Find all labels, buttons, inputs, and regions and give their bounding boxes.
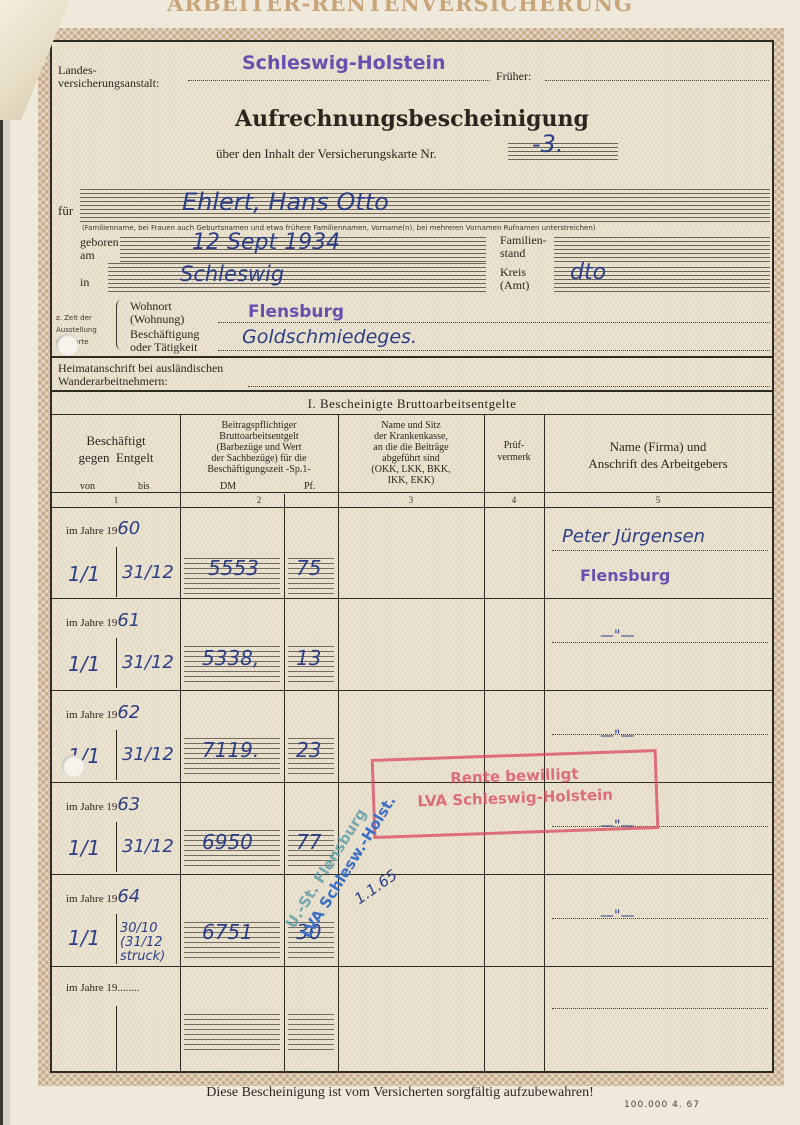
from-to-divider [116, 730, 117, 780]
pf-value[interactable]: 77 [296, 830, 321, 854]
pf-value[interactable]: 75 [296, 556, 321, 580]
approval-stamp: Rente bewilligt LVA Schleswig-Holstein [371, 749, 660, 839]
footer-note: Diese Bescheinigung ist vom Versicherten… [0, 1085, 800, 1101]
year-prefix: im Jahre 19 [66, 617, 117, 629]
col-divider [484, 414, 485, 1073]
from-to-divider [116, 1006, 117, 1072]
employer-ditto[interactable]: —"— [600, 908, 634, 924]
district-label: Kreis (Amt) [500, 266, 529, 292]
col1-header: Beschäftigt gegen Entgelt [52, 432, 180, 466]
from-to-divider [116, 822, 117, 872]
divider [52, 390, 772, 392]
card-number-value: -3. [532, 130, 564, 158]
col3-number: 3 [338, 495, 484, 505]
family-status-field[interactable] [554, 234, 770, 262]
from-to-divider [116, 914, 117, 964]
family-status-label: Familien- stand [500, 234, 547, 260]
foreign-address-field[interactable] [248, 386, 770, 387]
insurer-stamp: Schleswig-Holstein [242, 52, 446, 74]
year-prefix: im Jahre 19 [66, 709, 117, 721]
from-to-divider [116, 547, 117, 597]
col5-number: 5 [544, 495, 772, 505]
col3-header: Name und Sitz der Krankenkasse, an die d… [338, 420, 484, 486]
employer-line1[interactable]: Peter Jürgensen [562, 526, 705, 547]
row-rule [52, 598, 772, 599]
employer-stamp: Flensburg [580, 566, 670, 585]
from-value[interactable]: 1/1 [68, 562, 100, 586]
dm-value[interactable]: 6751 [202, 920, 253, 944]
dm-lines [184, 1010, 280, 1052]
to-value[interactable]: 31/12 [122, 836, 174, 857]
employer-dotline [552, 642, 768, 643]
employer-dotline [552, 1008, 768, 1009]
punch-hole [62, 755, 84, 777]
birthplace-label: in [80, 276, 89, 289]
col2-header: Beitragspflichtiger Bruttoarbeitsentgelt… [180, 420, 338, 475]
scan-edge [0, 0, 12, 1125]
year-value: 61 [117, 610, 140, 631]
year-prefix: im Jahre 19 [66, 525, 117, 537]
previous-label: Früher: [496, 70, 531, 83]
for-label: für [58, 204, 73, 217]
to-value[interactable]: 30/10 (31/12 struck) [120, 922, 180, 964]
dm-value[interactable]: 7119. [202, 738, 259, 762]
section-title: I. Bescheinigte Bruttoarbeitsentgelte [52, 396, 772, 412]
employer-dotline [552, 550, 768, 551]
from-value[interactable]: 1/1 [68, 836, 100, 860]
year-value: 62 [117, 702, 140, 723]
from-to-divider [116, 638, 117, 688]
row-rule [52, 966, 772, 967]
year-value: 63 [117, 794, 140, 815]
birthplace-value: Schleswig [180, 262, 284, 286]
card-number-label: über den Inhalt der Versicherungskarte N… [216, 147, 437, 160]
pf-lines [288, 1010, 334, 1052]
dm-value[interactable]: 6950 [202, 830, 253, 854]
insurer-label: Landes- versicherungsanstalt: [58, 64, 159, 90]
row-rule [52, 690, 772, 691]
born-value: 12 Sept 1934 [192, 230, 340, 255]
year-value: 60 [117, 518, 140, 539]
rule [52, 507, 772, 508]
residence-label: Wohnort (Wohnung) [130, 300, 184, 326]
to-value[interactable]: 31/12 [122, 744, 174, 765]
rule [52, 492, 772, 493]
born-label: geboren am [80, 236, 119, 262]
col2-number: 2 [180, 495, 338, 505]
residence-stamp: Flensburg [248, 302, 344, 322]
col-divider [284, 494, 285, 1073]
year-prefix: im Jahre 19 [66, 893, 117, 905]
document-title: Aufrechnungsbescheinigung [52, 106, 772, 132]
previous-field[interactable] [545, 80, 769, 81]
dm-value[interactable]: 5553 [208, 556, 259, 580]
year-prefix: im Jahre 19 [66, 801, 117, 813]
year-blank: ........ [117, 982, 139, 994]
brace [116, 300, 126, 350]
form-code: 100.000 4. 67 [624, 1100, 700, 1110]
banner-title: ARBEITER-RENTENVERSICHERUNG [0, 0, 800, 16]
year-prefix: im Jahre 19 [66, 982, 117, 994]
residence-field[interactable] [218, 322, 770, 323]
col1-number: 1 [52, 495, 180, 505]
col-divider [544, 414, 545, 1073]
certificate-sheet: Landes- versicherungsanstalt: Schleswig-… [50, 40, 774, 1073]
year-value: 64 [117, 886, 140, 907]
stamp-date: 1.1.65 [351, 866, 400, 908]
occupation-field[interactable] [218, 350, 770, 351]
from-value[interactable]: 1/1 [68, 652, 100, 676]
rule [52, 414, 772, 415]
occupation-value: Goldschmiedeges. [242, 326, 417, 348]
col4-number: 4 [484, 495, 544, 505]
occupation-label: Beschäftigung oder Tätigkeit [130, 328, 199, 354]
punch-hole [56, 334, 78, 356]
to-value[interactable]: 31/12 [122, 652, 174, 673]
birthplace-field[interactable] [108, 260, 486, 292]
col-divider [180, 414, 181, 1073]
divider [52, 356, 772, 358]
col4-header: Prüf- vermerk [484, 440, 544, 464]
col5-header: Name (Firma) und Anschrift des Arbeitgeb… [544, 438, 772, 472]
from-value[interactable]: 1/1 [68, 926, 100, 950]
col-divider [338, 414, 339, 1073]
pf-value[interactable]: 23 [296, 738, 321, 762]
employer-line1[interactable]: —"— [600, 628, 634, 644]
name-value: Ehlert, Hans Otto [182, 188, 389, 216]
employer-line2[interactable]: —"— [600, 728, 634, 744]
foreign-address-label: Heimatanschrift bei ausländischen Wander… [58, 362, 223, 388]
to-value[interactable]: 31/12 [122, 562, 174, 583]
row-rule [52, 874, 772, 875]
employer-dotline [552, 734, 768, 735]
dm-value[interactable]: 5338, [202, 646, 259, 670]
employer-dotline [552, 918, 768, 919]
pf-value[interactable]: 13 [296, 646, 321, 670]
insurer-field[interactable] [188, 80, 490, 81]
district-value: dto [570, 260, 606, 285]
